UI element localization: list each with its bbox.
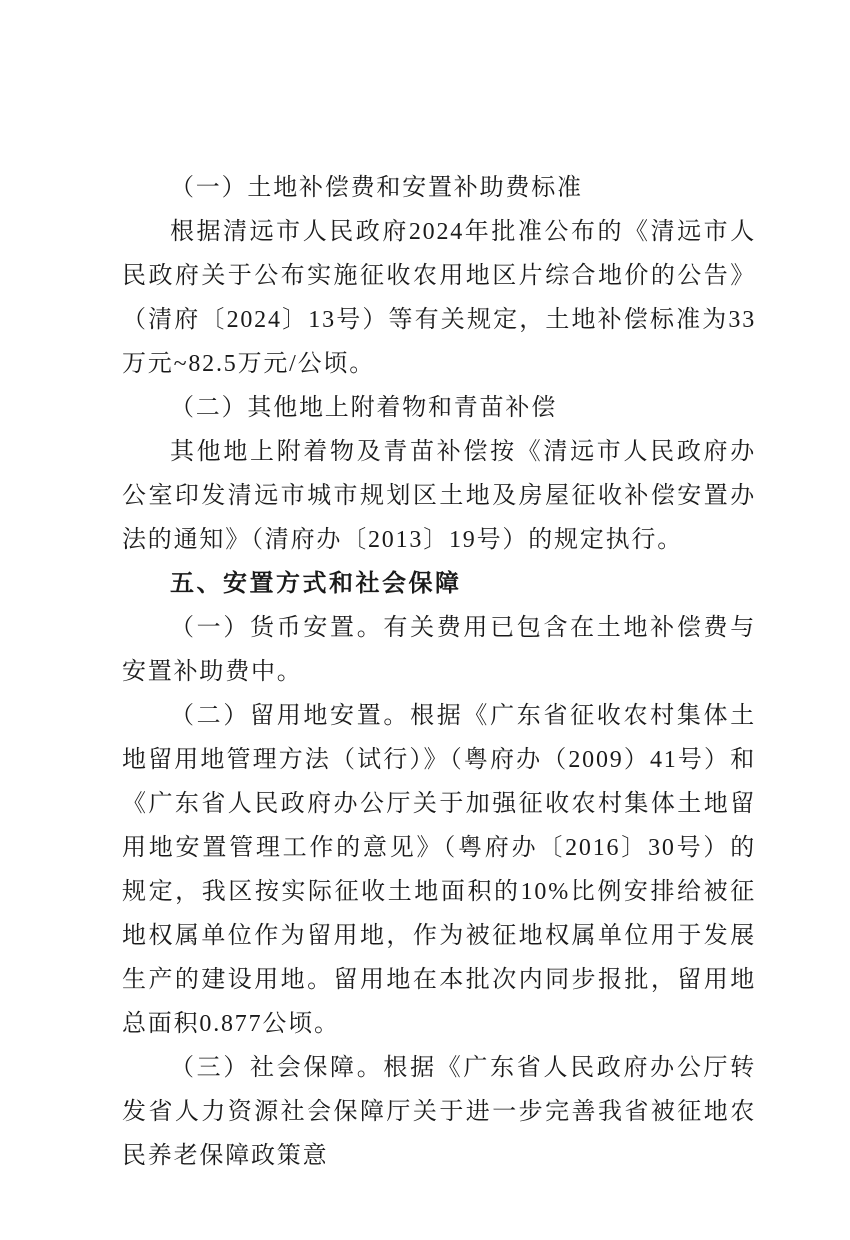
document-body: （一）土地补偿费和安置补助费标准 根据清远市人民政府2024年批准公布的《清远市… [122, 166, 756, 1178]
heading-section5-resettlement-and-social-security: 五、安置方式和社会保障 [122, 562, 756, 606]
para-social-security: （三）社会保障。根据《广东省人民政府办公厅转发省人力资源社会保障厅关于进一步完善… [122, 1046, 756, 1178]
para-monetary-resettlement: （一）货币安置。有关费用已包含在土地补偿费与安置补助费中。 [122, 606, 756, 694]
subheading-land-compensation-standard: （一）土地补偿费和安置补助费标准 [122, 166, 756, 210]
subheading-attachments-and-crops-compensation: （二）其他地上附着物和青苗补偿 [122, 386, 756, 430]
para-land-compensation-standard: 根据清远市人民政府2024年批准公布的《清远市人民政府关于公布实施征收农用地区片… [122, 210, 756, 386]
para-attachments-and-crops-compensation: 其他地上附着物及青苗补偿按《清远市人民政府办公室印发清远市城市规划区土地及房屋征… [122, 430, 756, 562]
para-reserved-land-resettlement: （二）留用地安置。根据《广东省征收农村集体土地留用地管理方法（试行）》（粤府办（… [122, 694, 756, 1046]
document-page: （一）土地补偿费和安置补助费标准 根据清远市人民政府2024年批准公布的《清远市… [0, 0, 850, 1240]
